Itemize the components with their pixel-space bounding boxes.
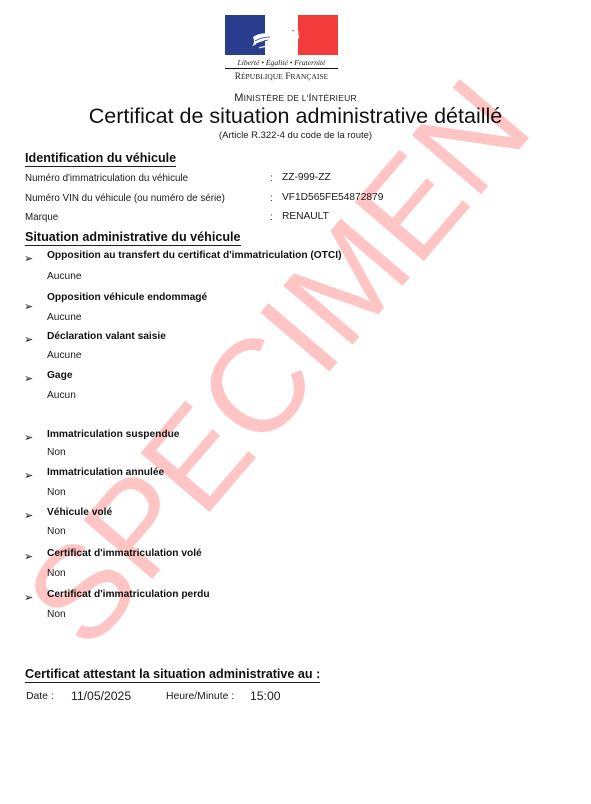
arrow-bullet-icon: ➢ [24,469,33,482]
arrow-bullet-icon: ➢ [24,509,33,522]
item-value: Non [47,526,66,537]
item-title: Certificat d'immatriculation volé [47,548,202,559]
arrow-bullet-icon: ➢ [24,300,33,313]
arrow-bullet-icon: ➢ [24,550,33,563]
republique-francaise-logo: Liberté • Égalité • Fraternité RÉPUBLIQU… [225,15,338,85]
page-subtitle: (Article R.322-4 du code de la route) [0,130,591,141]
ministry-name: MINISTÈRE DE L'INTÉRIEUR [0,92,591,104]
item-title: Immatriculation annulée [47,467,164,478]
vin-value: VF1D565FE54872879 [282,192,383,203]
attestation-heading: Certificat attestant la situation admini… [25,667,320,683]
time-label: Heure/Minute : [166,691,234,702]
item-title: Déclaration valant saisie [47,331,166,342]
arrow-bullet-icon: ➢ [24,372,33,385]
identification-heading: Identification du véhicule [25,151,176,167]
item-value: Non [47,447,66,458]
logo-motto: Liberté • Égalité • Fraternité [225,58,338,67]
marianne-flag-icon [225,15,338,55]
item-title: Opposition au transfert du certificat d'… [47,250,342,261]
item-value: Non [47,487,66,498]
arrow-bullet-icon: ➢ [24,431,33,444]
item-title: Opposition véhicule endommagé [47,292,207,303]
date-value: 11/05/2025 [71,689,131,703]
logo-republique-francaise: RÉPUBLIQUE FRANÇAISE [225,71,338,81]
row-label: Marque [25,212,58,223]
logo-divider [225,68,338,69]
item-title: Immatriculation suspendue [47,429,179,440]
item-title: Certificat d'immatriculation perdu [47,589,210,600]
row-label: Numéro VIN du véhicule (ou numéro de sér… [25,193,225,204]
item-value: Aucun [47,390,76,401]
item-value: Non [47,568,66,579]
arrow-bullet-icon: ➢ [24,591,33,604]
row-label: Numéro d'immatriculation du véhicule [25,173,188,184]
row-separator: : [270,193,273,204]
arrow-bullet-icon: ➢ [24,252,33,265]
brand-value: RENAULT [282,211,329,222]
arrow-bullet-icon: ➢ [24,333,33,346]
row-separator: : [270,212,273,223]
item-value: Aucune [47,271,82,282]
date-label: Date : [26,691,54,702]
situation-heading: Situation administrative du véhicule [25,230,241,246]
row-separator: : [270,173,273,184]
svg-text:SPECIMEN: SPECIMEN [0,53,557,673]
time-value: 15:00 [250,689,281,703]
item-title: Véhicule volé [47,507,112,518]
item-value: Aucune [47,312,82,323]
item-value: Aucune [47,350,82,361]
registration-number-value: ZZ-999-ZZ [282,172,331,183]
item-value: Non [47,609,66,620]
item-title: Gage [47,370,72,381]
page-title: Certificat de situation administrative d… [0,104,591,129]
